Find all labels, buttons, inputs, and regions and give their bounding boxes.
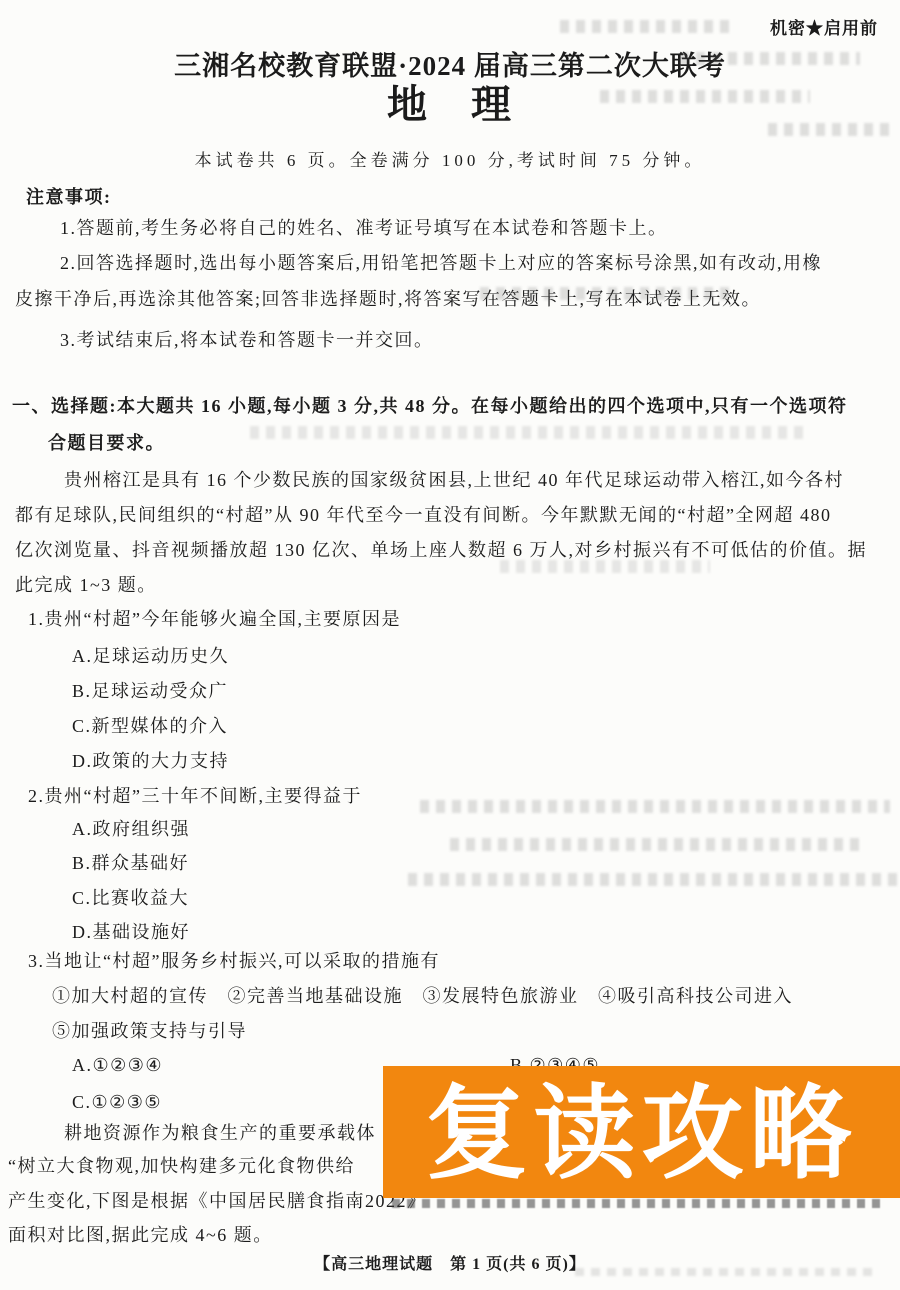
bleed-through-text	[560, 20, 730, 33]
bleed-through-text	[600, 90, 810, 103]
confidential-label: 机密★启用前	[770, 18, 878, 40]
question-1-option-c: C.新型媒体的介入	[72, 715, 228, 737]
question-3-stem: 3.当地让“村超”服务乡村振兴,可以采取的措施有	[28, 950, 440, 972]
passage-one-line-1: 贵州榕江是具有 16 个少数民族的国家级贫困县,上世纪 40 年代足球运动带入榕…	[64, 469, 844, 491]
passage-one-line-2: 都有足球队,民间组织的“村超”从 90 年代至今一直没有间断。今年默默无闻的“村…	[15, 504, 831, 526]
question-2-option-d: D.基础设施好	[72, 921, 190, 943]
question-1-option-b: B.足球运动受众广	[72, 680, 228, 702]
bleed-through-text	[450, 838, 860, 851]
watermark-text: 复读攻略	[426, 1083, 858, 1185]
bleed-through-text	[250, 426, 810, 439]
passage-two-line-4: 面积对比图,据此完成 4~6 题。	[8, 1224, 273, 1246]
passage-two-line-1: 耕地资源作为粮食生产的重要承载体	[64, 1122, 376, 1144]
bleed-through-text	[500, 560, 710, 573]
exam-info-line: 本试卷共 6 页。全卷满分 100 分,考试时间 75 分钟。	[195, 150, 706, 172]
question-1-stem: 1.贵州“村超”今年能够火遍全国,主要原因是	[28, 608, 401, 630]
question-3-items-line-2: ⑤加强政策支持与引导	[52, 1020, 247, 1042]
notice-item-2-line-1: 2.回答选择题时,选出每小题答案后,用铅笔把答题卡上对应的答案标号涂黑,如有改动…	[60, 252, 822, 274]
notice-heading: 注意事项:	[26, 186, 112, 208]
question-2-option-b: B.群众基础好	[72, 852, 189, 874]
section-one-heading-line-1: 一、选择题:本大题共 16 小题,每小题 3 分,共 48 分。在每小题给出的四…	[12, 395, 848, 417]
bleed-through-text	[575, 1268, 875, 1276]
passage-one-line-3: 亿次浏览量、抖音视频播放超 130 亿次、单场上座人数超 6 万人,对乡村振兴有…	[15, 539, 867, 561]
subject-title: 地 理	[387, 94, 513, 116]
question-1-option-d: D.政策的大力支持	[72, 750, 229, 772]
question-2-stem: 2.贵州“村超”三十年不间断,主要得益于	[28, 785, 362, 807]
exam-title: 三湘名校教育联盟·2024 届高三第二次大联考	[174, 55, 726, 77]
question-2-option-c: C.比赛收益大	[72, 887, 189, 909]
clipped-text-bottom-strip	[392, 1199, 880, 1208]
passage-one-line-4: 此完成 1~3 题。	[15, 574, 157, 596]
bleed-through-text	[408, 873, 898, 886]
watermark-overlay: 复读攻略	[383, 1066, 900, 1198]
page-footer: 【高三地理试题 第 1 页(共 6 页)】	[314, 1254, 586, 1276]
question-3-option-a: A.①②③④	[72, 1054, 163, 1076]
bleed-through-text	[680, 52, 860, 65]
section-one-heading-line-2: 合题目要求。	[48, 432, 165, 454]
exam-paper-page: 机密★启用前 三湘名校教育联盟·2024 届高三第二次大联考 地 理 本试卷共 …	[0, 0, 900, 1290]
question-3-items-line-1: ①加大村超的宣传 ②完善当地基础设施 ③发展特色旅游业 ④吸引高科技公司进入	[52, 985, 793, 1007]
question-3-option-c: C.①②③⑤	[72, 1091, 162, 1113]
notice-item-1: 1.答题前,考生务必将自己的姓名、准考证号填写在本试卷和答题卡上。	[60, 217, 668, 239]
bleed-through-text	[480, 287, 730, 300]
notice-item-3: 3.考试结束后,将本试卷和答题卡一并交回。	[60, 329, 434, 351]
bleed-through-text	[768, 123, 890, 136]
question-1-option-a: A.足球运动历史久	[72, 645, 229, 667]
passage-two-line-2: “树立大食物观,加快构建多元化食物供给	[8, 1155, 355, 1177]
bleed-through-text	[420, 800, 890, 813]
question-2-option-a: A.政府组织强	[72, 818, 190, 840]
passage-two-line-3: 产生变化,下图是根据《中国居民膳食指南2022》	[8, 1190, 427, 1212]
